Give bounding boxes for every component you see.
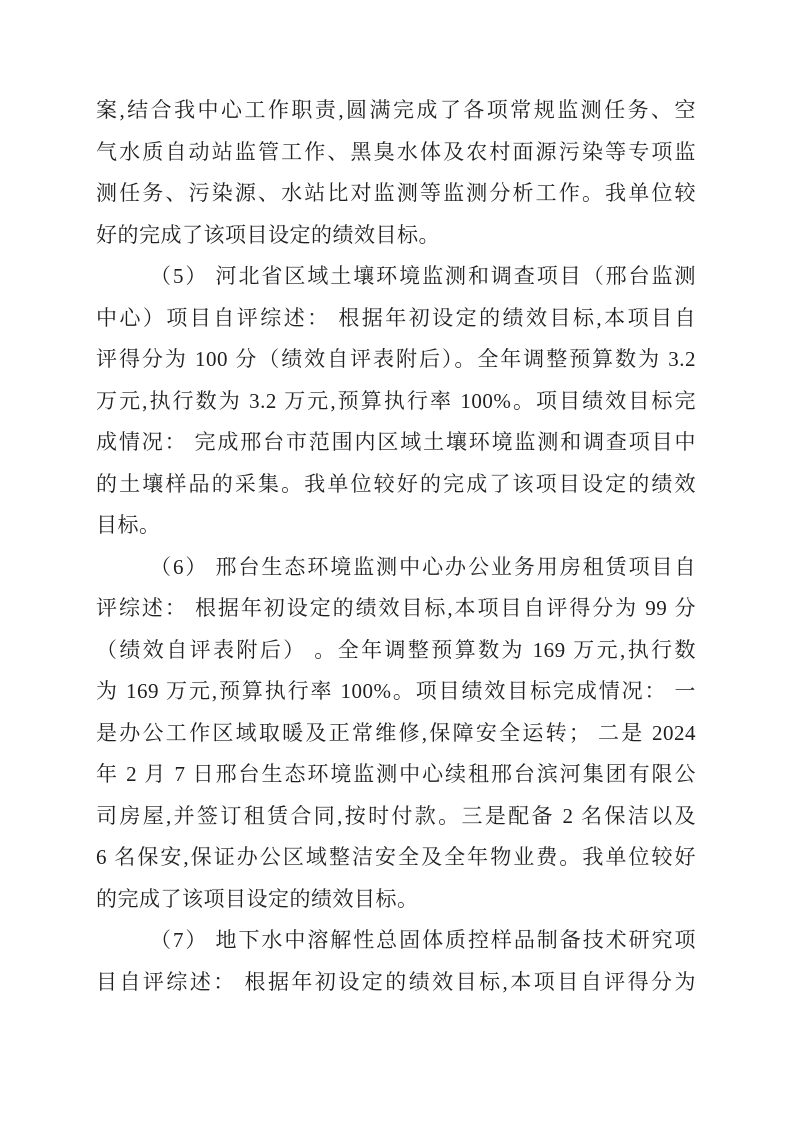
paragraph-item-6: （6） 邢台生态环境监测中心办公业务用房租赁项目自 评综述： 根据年初设定的绩效… bbox=[96, 547, 696, 921]
document-page: 案,结合我中心工作职责,圆满完成了各项常规监测任务、空 气水质自动站监管工作、黑… bbox=[0, 0, 793, 1122]
text-line: 是办公工作区域取暖及正常维修,保障安全运转； 二是 2024 bbox=[96, 713, 696, 755]
text-line: 评综述： 根据年初设定的绩效目标,本项目自评得分为 99 分 bbox=[96, 588, 696, 630]
text-line: 案,结合我中心工作职责,圆满完成了各项常规监测任务、空 bbox=[96, 90, 696, 132]
text-line: 成情况： 完成邢台市范围内区域土壤环境监测和调查项目中 bbox=[96, 422, 696, 464]
text-line: 的完成了该项目设定的绩效目标。 bbox=[96, 879, 696, 921]
text-line: 测任务、污染源、水站比对监测等监测分析工作。我单位较 bbox=[96, 173, 696, 215]
text-line: 6 名保安,保证办公区域整洁安全及全年物业费。我单位较好 bbox=[96, 837, 696, 879]
text-line: （绩效自评表附后） 。全年调整预算数为 169 万元,执行数 bbox=[96, 630, 696, 672]
text-line: 的土壤样品的采集。我单位较好的完成了该项目设定的绩效 bbox=[96, 464, 696, 506]
text-line: 气水质自动站监管工作、黑臭水体及农村面源污染等专项监 bbox=[96, 132, 696, 174]
text-line: 目自评综述： 根据年初设定的绩效目标,本项目自评得分为 bbox=[96, 962, 696, 1004]
text-line: 为 169 万元,预算执行率 100%。项目绩效目标完成情况： 一 bbox=[96, 671, 696, 713]
text-line: 好的完成了该项目设定的绩效目标。 bbox=[96, 215, 696, 257]
text-line: 万元,执行数为 3.2 万元,预算执行率 100%。项目绩效目标完 bbox=[96, 381, 696, 423]
text-line: （5） 河北省区域土壤环境监测和调查项目（邢台监测 bbox=[96, 256, 696, 298]
text-line: 评得分为 100 分（绩效自评表附后）。全年调整预算数为 3.2 bbox=[96, 339, 696, 381]
document-text-block: 案,结合我中心工作职责,圆满完成了各项常规监测任务、空 气水质自动站监管工作、黑… bbox=[96, 90, 696, 1003]
paragraph-continuation: 案,结合我中心工作职责,圆满完成了各项常规监测任务、空 气水质自动站监管工作、黑… bbox=[96, 90, 696, 256]
text-line: 目标。 bbox=[96, 505, 696, 547]
text-line: 中心）项目自评综述： 根据年初设定的绩效目标,本项目自 bbox=[96, 298, 696, 340]
paragraph-item-5: （5） 河北省区域土壤环境监测和调查项目（邢台监测 中心）项目自评综述： 根据年… bbox=[96, 256, 696, 547]
text-line: （7） 地下水中溶解性总固体质控样品制备技术研究项 bbox=[96, 920, 696, 962]
paragraph-item-7: （7） 地下水中溶解性总固体质控样品制备技术研究项 目自评综述： 根据年初设定的… bbox=[96, 920, 696, 1003]
text-line: （6） 邢台生态环境监测中心办公业务用房租赁项目自 bbox=[96, 547, 696, 589]
text-line: 年 2 月 7 日邢台生态环境监测中心续租邢台滨河集团有限公 bbox=[96, 754, 696, 796]
text-line: 司房屋,并签订租赁合同,按时付款。三是配备 2 名保洁以及 bbox=[96, 796, 696, 838]
